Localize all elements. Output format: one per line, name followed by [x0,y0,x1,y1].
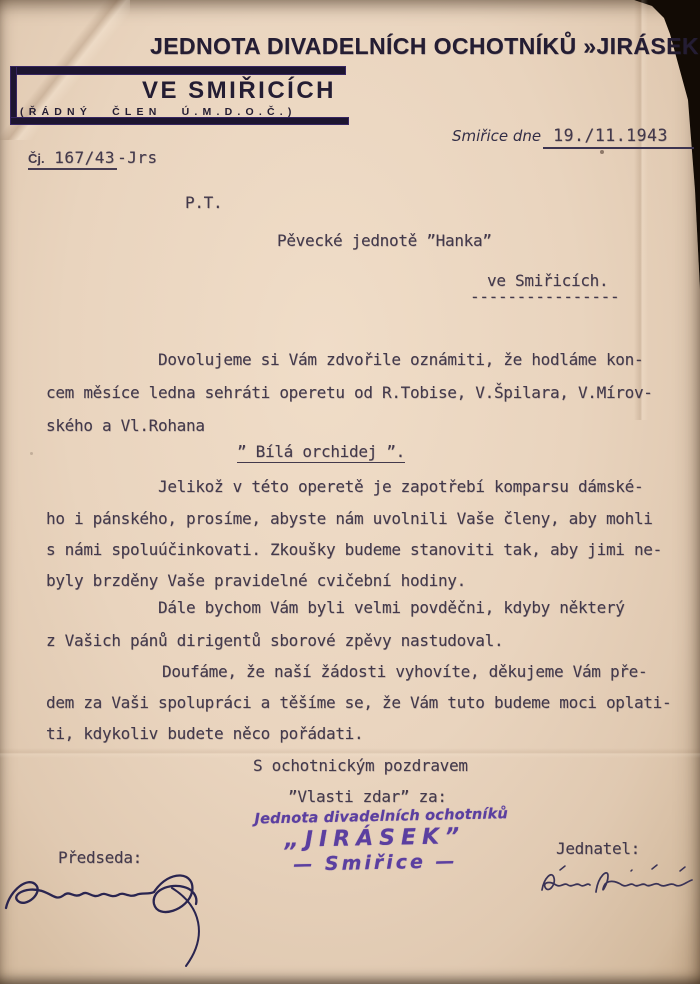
operetta-title-text: ” Bílá orchidej ”. [237,442,405,463]
letterhead-box: VE SMIŘICÍCH (ŘÁDNÝ ČLEN Ú.M.D.O.Č.) [10,66,346,125]
jednatel-signature [534,854,700,910]
body-line: dem za Vaši spolupráci a těšíme se, že V… [46,693,671,712]
body-line: z Vašich pánů dirigentů sborové zpěvy na… [46,631,503,650]
body-line: ského a Vl.Rohana [46,416,205,435]
dateline-label: Smiřice dne [452,127,541,145]
club-stamp: Jednota divadelních ochotníků „JIRÁSEK” … [254,806,495,876]
scanned-letter-photo: JEDNOTA DIVADELNÍCH OCHOTNÍKŮ »JIRÁSEK« … [0,0,700,984]
reference-underlined-group: Čj. 167/43 [28,148,117,170]
predseda-signature [0,850,244,968]
reference-number: 167/43 [54,148,115,167]
paper-speck [600,150,604,154]
recipient-name: Pěvecké jednotě ”Hanka” [277,231,492,250]
recipient-rule: ---------------- [470,287,619,306]
body-line: s námi spoluúčinkovati. Zkoušky budeme s… [46,540,662,559]
letterhead-title: JEDNOTA DIVADELNÍCH OCHOTNÍKŮ »JIRÁSEK« [150,33,692,60]
recipient-salutation: P.T. [185,193,222,212]
body-line: ti, kdykoliv budete něco pořádati. [46,724,363,743]
reference-label: Čj. [28,151,45,166]
body-line: ho i pánského, prosíme, abyste nám uvoln… [46,509,653,528]
closing-regards: S ochotnickým pozdravem [253,756,468,775]
dateline-value: 19./11.1943 [543,126,694,149]
body-line: Dále bychom Vám byli velmi povděčni, kdy… [158,598,625,617]
body-line: byly brzděny Vaše pravidelné cvičební ho… [46,571,466,590]
letterhead-membership: (ŘÁDNÝ ČLEN Ú.M.D.O.Č.) [20,106,297,118]
reference-line: Čj. 167/43-Jrs [28,148,158,170]
letterhead-subtitle: VE SMIŘICÍCH [142,77,336,105]
operetta-title: ” Bílá orchidej ”. [237,442,405,461]
body-line: Jelikož v této operetě je zapotřebí komp… [158,477,643,496]
reference-suffix: -Jrs [117,148,158,167]
dateline: Smiřice dne19./11.1943 [452,126,694,149]
letterhead-rule-bottom [10,117,349,125]
paper-speck [30,452,33,455]
body-line: cem měsíce ledna sehráti operetu od R.To… [46,383,653,402]
body-line: Doufáme, že naší žádosti vyhovíte, děkuj… [162,662,647,681]
closing-motto: ”Vlasti zdar” za: [288,787,447,806]
stamp-line-2: „JIRÁSEK” [255,823,495,853]
letterhead-rule-top [10,66,346,75]
body-line: Dovolujeme si Vám zdvořile oznámiti, že … [158,350,643,369]
